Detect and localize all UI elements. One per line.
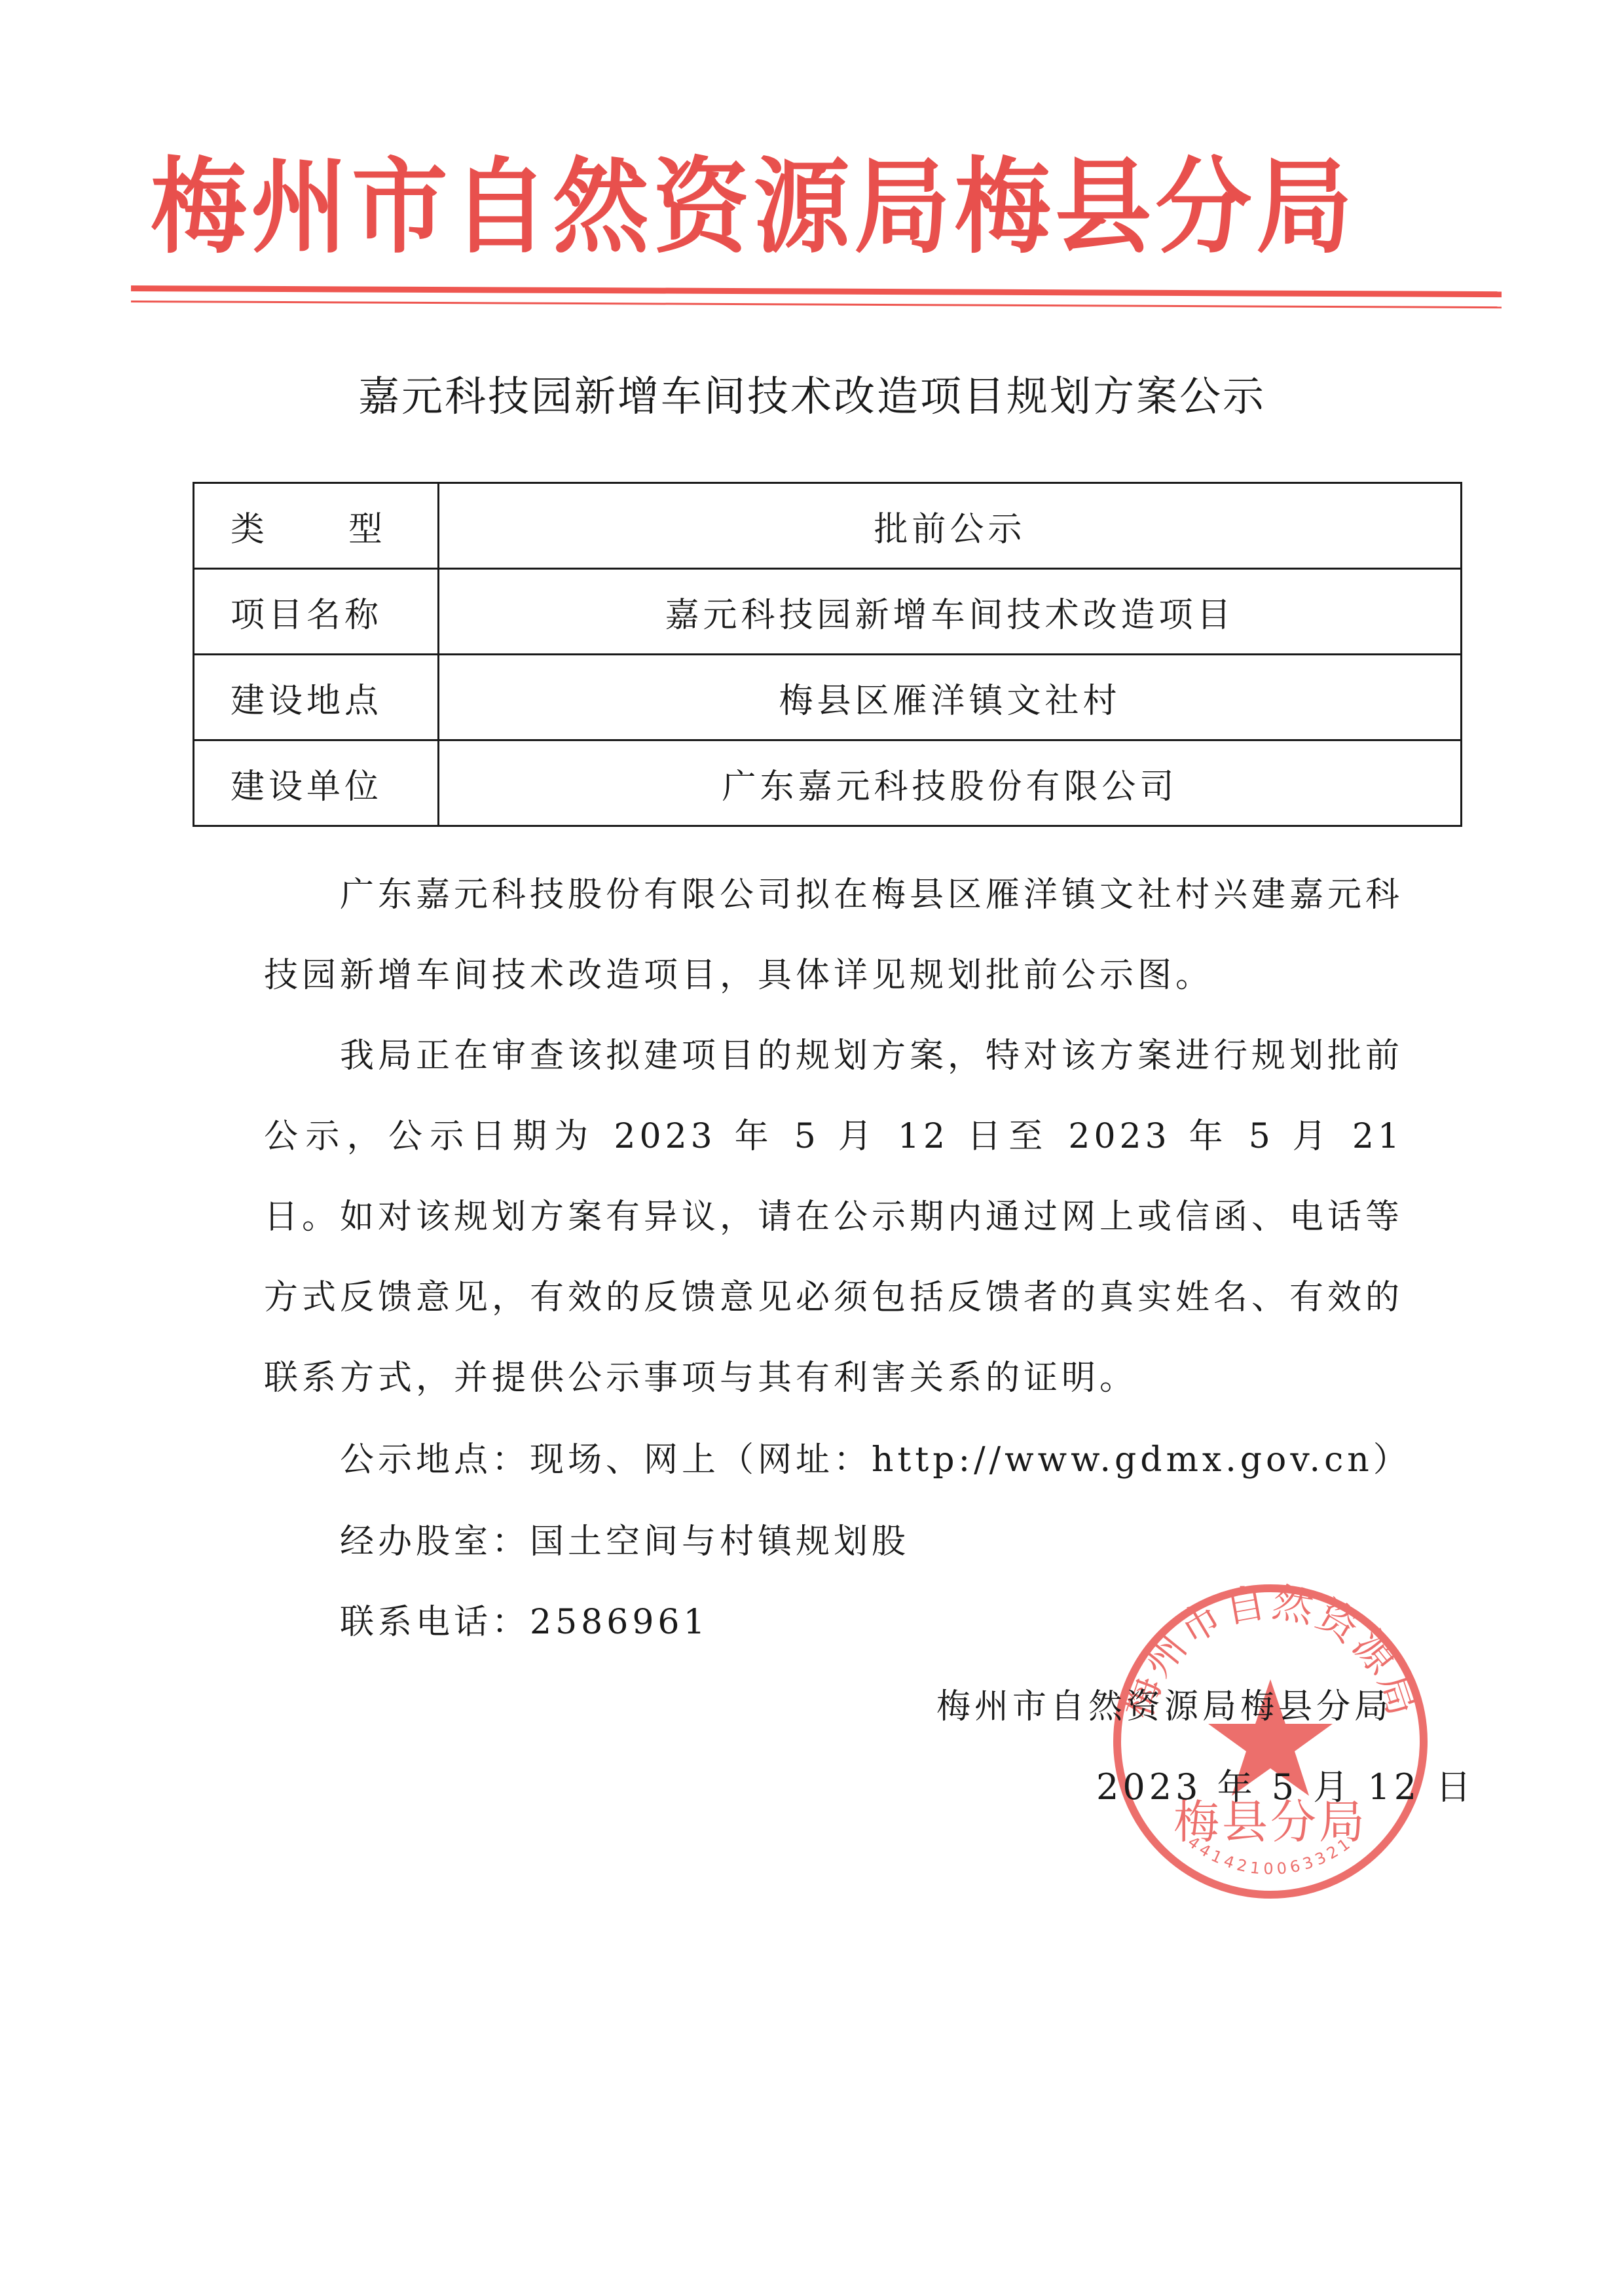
table-row-location: 建设地点 梅县区雁洋镇文社村 — [194, 655, 1462, 740]
table-value-project-name: 嘉元科技园新增车间技术改造项目 — [439, 569, 1462, 655]
publicity-location: 公示地点：现场、网上（网址：http://www.gdmx.gov.cn） — [340, 1437, 1411, 1483]
letterhead-rule-thin — [131, 301, 1502, 308]
official-seal-stamp: 梅州市自然资源局 梅县分局 4414210063321 — [1110, 1581, 1431, 1902]
body-text: 广东嘉元科技股份有限公司拟在梅县区雁洋镇文社村兴建嘉元科技园新增车间技术改造项目… — [264, 855, 1403, 1419]
table-label-type-char-2: 型 — [348, 510, 386, 549]
letterhead-rule-thick — [131, 285, 1502, 297]
project-info-table: 类型 批前公示 项目名称 嘉元科技园新增车间技术改造项目 建设地点 梅县区雁洋镇… — [193, 482, 1462, 827]
body-paragraph-1: 广东嘉元科技股份有限公司拟在梅县区雁洋镇文社村兴建嘉元科技园新增车间技术改造项目… — [264, 855, 1403, 1016]
contact-phone: 联系电话：2586961 — [340, 1599, 709, 1645]
table-label-builder: 建设单位 — [194, 740, 439, 826]
signature-org-name: 梅州市自然资源局梅县分局 — [936, 1684, 1392, 1730]
handling-office: 经办股室：国土空间与村镇规划股 — [340, 1519, 910, 1565]
document-title: 嘉元科技园新增车间技术改造项目规划方案公示 — [0, 371, 1624, 423]
letterhead-org-name: 梅州市自然资源局梅县分局 — [151, 145, 1393, 270]
table-label-project-name: 项目名称 — [194, 569, 439, 655]
signature-date: 2023 年 5 月 12 日 — [1096, 1764, 1475, 1810]
table-value-builder: 广东嘉元科技股份有限公司 — [439, 740, 1462, 826]
table-label-location: 建设地点 — [194, 655, 439, 740]
table-value-location: 梅县区雁洋镇文社村 — [439, 655, 1462, 740]
table-label-type-char-1: 类 — [231, 510, 268, 549]
table-row-type: 类型 批前公示 — [194, 483, 1462, 569]
body-paragraph-2: 我局正在审查该拟建项目的规划方案，特对该方案进行规划批前公示，公示日期为 202… — [264, 1016, 1403, 1419]
table-label-type: 类型 — [194, 483, 439, 569]
table-row-project-name: 项目名称 嘉元科技园新增车间技术改造项目 — [194, 569, 1462, 655]
table-value-type: 批前公示 — [439, 483, 1462, 569]
table-row-builder: 建设单位 广东嘉元科技股份有限公司 — [194, 740, 1462, 826]
